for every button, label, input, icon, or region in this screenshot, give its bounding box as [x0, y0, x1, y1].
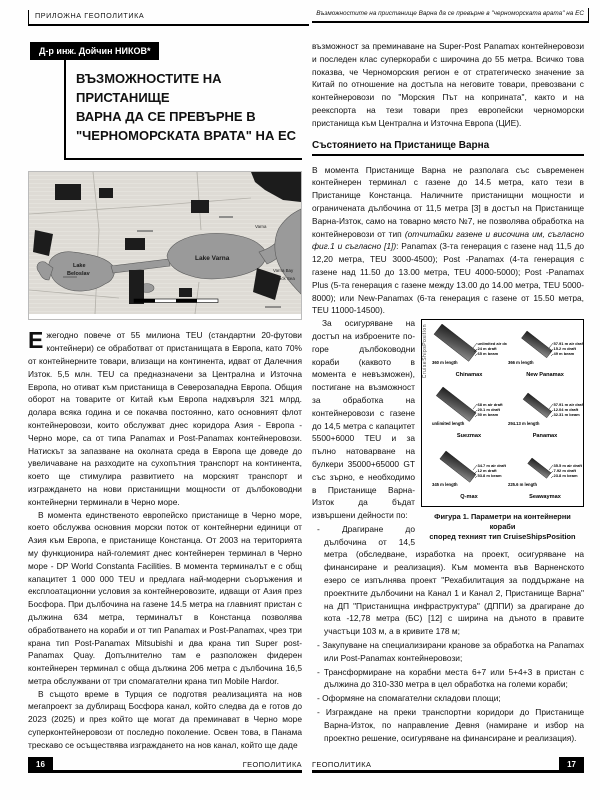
svg-text:225.6 m length: 225.6 m length: [508, 482, 538, 487]
svg-text:294.13 m length: 294.13 m length: [508, 421, 540, 426]
svg-text:360 m length: 360 m length: [432, 360, 458, 365]
article-title: ВЪЗМОЖНОСТИТЕ НА ПРИСТАНИЩЕ ВАРНА ДА СЕ …: [64, 58, 302, 160]
list-item: Трансформиране на корабни места 6+7 или …: [312, 666, 584, 692]
svg-text:unlimited length: unlimited length: [432, 421, 465, 426]
figure-frame: CruiseShipsPosition unlimited air draft …: [421, 319, 584, 507]
paragraph-text: : Panamax (3-та генерация с газене над 1…: [312, 241, 584, 315]
figure-caption-line: Фигура 1. Параметри на контейнерни кораб…: [421, 512, 584, 532]
svg-text:New Panamax: New Panamax: [526, 372, 565, 378]
page-number-badge: 16: [28, 757, 53, 772]
body-paragraph: възможност за преминаване на Super-Post …: [312, 40, 584, 130]
section-heading: Състоянието на Пристанище Варна: [312, 140, 584, 156]
map-image: Lake Beloslav Lake Varna Varna Varna Bay…: [29, 172, 301, 314]
svg-text:366 m length: 366 m length: [508, 360, 534, 365]
map-label-lake-varna: Lake Varna: [195, 255, 230, 262]
map-label-lake-beloslav: Lake: [73, 263, 86, 269]
title-line: "ЧЕРНОМОРСКАТА ВРАТА" НА ЕС: [76, 127, 300, 146]
svg-text:32.31 m beam: 32.31 m beam: [554, 412, 581, 417]
body-paragraph: В момента единственото европейско приста…: [28, 509, 302, 688]
ship-graphic-suezmax: 68 m air draft 20.1 m draft 50 m beam un…: [431, 385, 507, 443]
svg-text:53.8 m beam: 53.8 m beam: [478, 473, 502, 478]
map-scale-bar: [134, 299, 218, 303]
ship-hull-icon: [528, 458, 551, 478]
paragraph-text: жегодно повече от 55 милиона TEU (станда…: [28, 330, 302, 506]
svg-text:23.8 m beam: 23.8 m beam: [554, 473, 578, 478]
figure-1: CruiseShipsPosition unlimited air draft …: [421, 319, 584, 542]
running-head-left: ПРИЛОЖНА ГЕОПОЛИТИКА: [28, 10, 309, 26]
running-head-right: Възможностите на пристанище Варна да се …: [312, 8, 589, 23]
body-paragraph: В същото време в Турция се подготвя реал…: [28, 688, 302, 752]
magazine-page: ПРИЛОЖНА ГЕОПОЛИТИКА Възможностите на пр…: [0, 0, 600, 800]
svg-text:49 m beam: 49 m beam: [554, 351, 575, 356]
svg-text:50 m beam: 50 m beam: [478, 412, 499, 417]
ship-hull-icon: [436, 387, 476, 422]
svg-text:Q-max: Q-max: [460, 494, 478, 500]
ship-graphic-panamax: 57.91 m air draft 12.04 m draft 32.31 m …: [507, 385, 583, 443]
footer-right: ГЕОПОЛИТИКА 17: [312, 753, 584, 773]
paragraph-text: В момента Пристанище Варна не разполага …: [312, 165, 584, 239]
figure-caption: Фигура 1. Параметри на контейнерни кораб…: [421, 512, 584, 542]
body-paragraph: В момента Пристанище Варна не разполага …: [312, 164, 584, 318]
title-line: ВАРНА ДА СЕ ПРЕВЪРНЕ В: [76, 108, 300, 127]
svg-text:Panamax: Panamax: [533, 433, 558, 439]
footer-left: 16 ГЕОПОЛИТИКА: [28, 753, 302, 773]
svg-text:Chinamax: Chinamax: [456, 372, 484, 378]
left-column: Д-р инж. Дойчин НИКОВ* ВЪЗМОЖНОСТИТЕ НА …: [28, 40, 302, 752]
svg-text:Suezmax: Suezmax: [457, 433, 482, 439]
map-label-varna: Varna: [255, 224, 267, 229]
list-item: Изграждане на преки транспортни коридори…: [312, 706, 584, 744]
ship-hull-icon: [523, 393, 552, 418]
list-item: Закупуване на специализирани кранове за …: [312, 639, 584, 665]
svg-text:Seawaymax: Seawaymax: [529, 494, 562, 500]
map-label-black-sea: Black Sea: [275, 276, 295, 281]
title-line: ВЪЗМОЖНОСТИТЕ НА ПРИСТАНИЩЕ: [76, 70, 300, 108]
figure-vertical-label: CruiseShipsPosition: [422, 324, 428, 378]
varna-lakes-map: Lake Beloslav Lake Varna Varna Varna Bay…: [28, 171, 302, 320]
drop-cap: Е: [28, 330, 43, 350]
list-item: Оформяне на спомагателни складови площи;: [312, 692, 584, 705]
svg-text:345 m length: 345 m length: [432, 482, 458, 487]
ship-hull-icon: [440, 451, 476, 482]
author-name-box: Д-р инж. Дойчин НИКОВ*: [30, 42, 159, 60]
journal-name: ГЕОПОЛИТИКА: [312, 760, 371, 770]
right-column: възможност за преминаване на Super-Post …: [312, 40, 584, 750]
ship-hull-icon: [521, 331, 552, 358]
ship-graphic-seawaymax: 35.5 m air draft 7.92 m draft 23.8 m bea…: [507, 446, 583, 504]
ship-grid: unlimited air draft 24 m draft 65 m beam…: [431, 324, 582, 504]
page-number-badge: 17: [559, 757, 584, 772]
ship-graphic-new-panamax: 57.91 m air draft 15.2 m draft 49 m beam…: [507, 324, 583, 382]
ship-hull-icon: [434, 324, 477, 361]
body-paragraph: Ежегодно повече от 55 милиона TEU (станд…: [28, 329, 302, 508]
map-label-varna-bay: Varna Bay: [273, 268, 294, 273]
figure-caption-line: според техният тип CruiseShipsPosition: [421, 532, 584, 542]
ship-graphic-qmax: 34.7 m air draft 12 m draft 53.8 m beam …: [431, 446, 507, 504]
svg-text:65 m beam: 65 m beam: [478, 351, 499, 356]
ship-graphic-chinamax: unlimited air draft 24 m draft 65 m beam…: [431, 324, 507, 382]
journal-name: ГЕОПОЛИТИКА: [243, 760, 302, 770]
map-label-lake-beloslav: Beloslav: [67, 271, 91, 277]
